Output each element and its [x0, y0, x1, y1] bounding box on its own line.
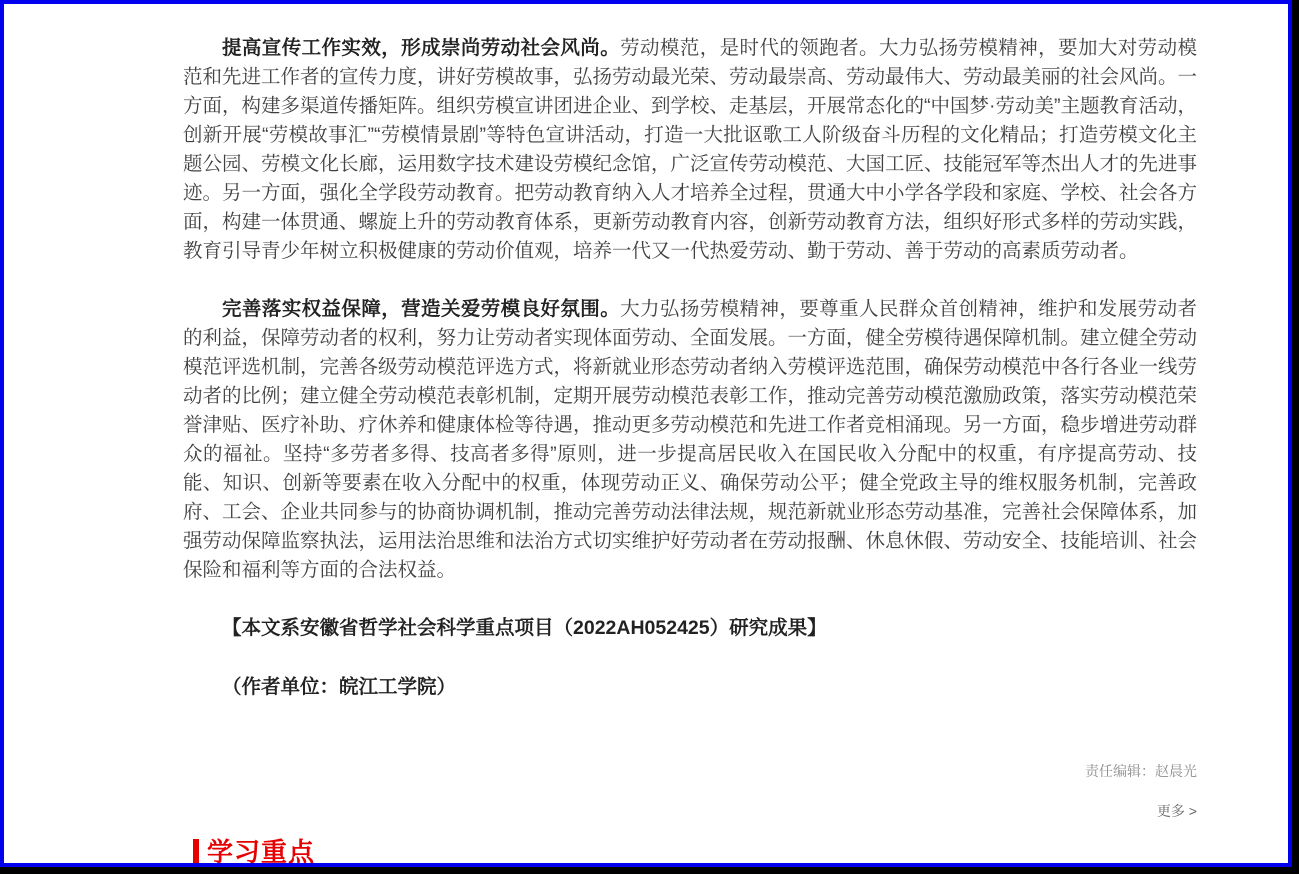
more-row: 更多 > [183, 802, 1197, 820]
paragraph-publicity: 提高宣传工作实效，形成崇尚劳动社会风尚。劳动模范，是时代的领跑者。大力弘扬劳模精… [183, 34, 1197, 266]
editor-name: 赵晨光 [1155, 763, 1197, 779]
editor-label: 责任编辑： [1085, 763, 1155, 779]
editor-credit: 责任编辑：赵晨光 [183, 762, 1197, 780]
article-page: 提高宣传工作实效，形成崇尚劳动社会风尚。劳动模范，是时代的领跑者。大力弘扬劳模精… [0, 0, 1292, 867]
paragraph-lead: 提高宣传工作实效，形成崇尚劳动社会风尚。 [222, 37, 620, 59]
next-section-header: 学习重点 [193, 836, 1197, 867]
paragraph-lead: 完善落实权益保障，营造关爱劳模良好氛围。 [222, 298, 620, 320]
paragraph-body: 大力弘扬劳模精神，要尊重人民群众首创精神，维护和发展劳动者的利益，保障劳动者的权… [183, 298, 1197, 581]
next-section-title: 学习重点 [207, 837, 315, 867]
paragraph-rights: 完善落实权益保障，营造关爱劳模良好氛围。大力弘扬劳模精神，要尊重人民群众首创精神… [183, 295, 1197, 585]
project-note: 【本文系安徽省哲学社会科学重点项目（2022AH052425）研究成果】 [183, 614, 1197, 643]
paragraph-body: 劳动模范，是时代的领跑者。大力弘扬劳模精神，要加大对劳动模范和先进工作者的宣传力… [183, 37, 1197, 262]
author-affiliation: （作者单位：皖江工学院） [183, 673, 1197, 702]
more-link[interactable]: 更多 > [1157, 803, 1197, 819]
section-accent-bar-icon [193, 839, 199, 865]
article-content: 提高宣传工作实效，形成崇尚劳动社会风尚。劳动模范，是时代的领跑者。大力弘扬劳模精… [183, 34, 1197, 867]
